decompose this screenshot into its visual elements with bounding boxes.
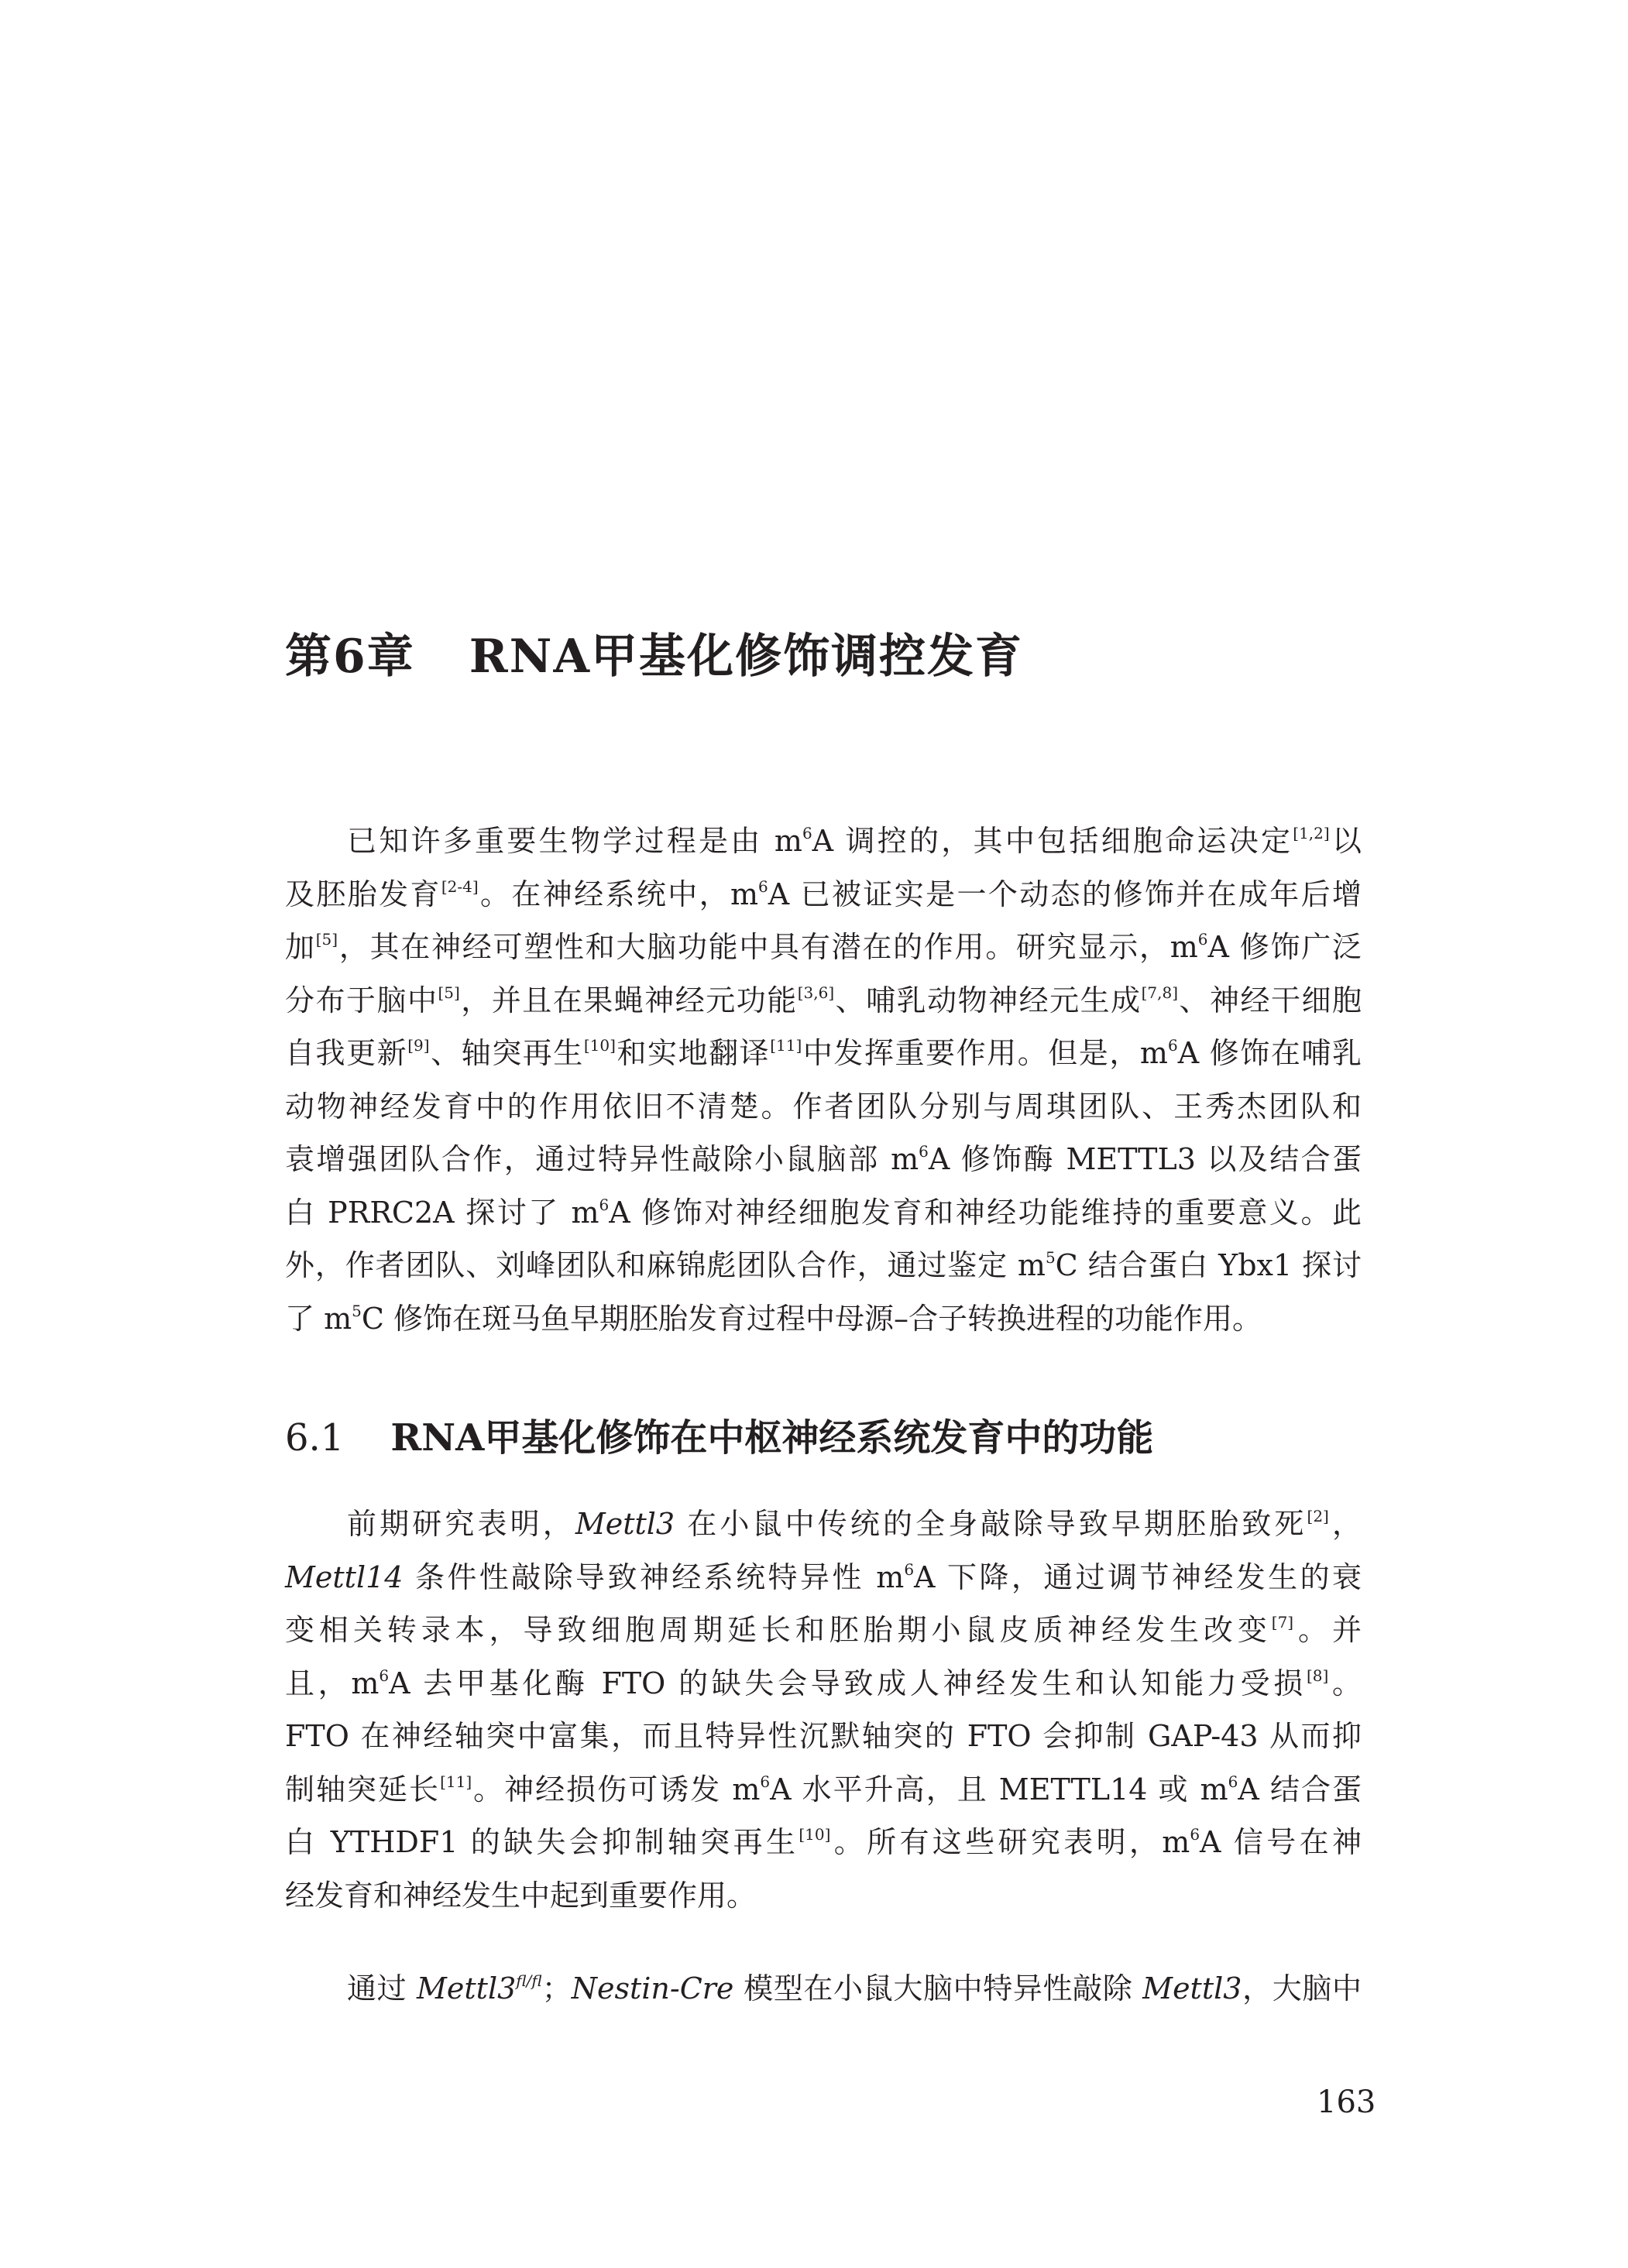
- text-line: 加[5]，其在神经可塑性和大脑功能中具有潜在的作用。研究显示，m6A 修饰广泛: [285, 921, 1362, 974]
- citation: [5]: [438, 983, 459, 1002]
- citation: [2-4]: [441, 877, 479, 896]
- gene-name: Nestin-Cre: [572, 1971, 734, 2006]
- book-page: 第6章RNA甲基化修饰调控发育 已知许多重要生物学过程是由 m6A 调控的，其中…: [0, 0, 1628, 2268]
- citation: [10]: [584, 1036, 616, 1055]
- section-title-text: RNA甲基化修饰在中枢神经系统发育中的功能: [390, 1416, 1153, 1460]
- citation: [2]: [1307, 1507, 1329, 1525]
- text-line: 袁增强团队合作，通过特异性敲除小鼠脑部 m6A 修饰酶 METTL3 以及结合蛋: [285, 1133, 1362, 1186]
- chapter-heading: 第6章RNA甲基化修饰调控发育: [285, 626, 1023, 688]
- section-paragraph: 前期研究表明，Mettl3 在小鼠中传统的全身敲除导致早期胚胎致死[2]， Me…: [285, 1498, 1362, 1922]
- citation: [8]: [1307, 1666, 1328, 1685]
- text-line: 了 m5C 修饰在斑马鱼早期胚胎发育过程中母源–合子转换进程的功能作用。: [285, 1292, 1362, 1346]
- text-line: 已知许多重要生物学过程是由 m6A 调控的，其中包括细胞命运决定[1,2]以: [285, 815, 1362, 868]
- citation: [1,2]: [1293, 824, 1329, 842]
- citation: [5]: [316, 930, 338, 949]
- text-line: 白 YTHDF1 的缺失会抑制轴突再生[10]。所有这些研究表明，m6A 信号在…: [285, 1816, 1362, 1869]
- gene-name: Mettl3: [417, 1971, 516, 2006]
- citation: [9]: [407, 1036, 429, 1055]
- citation: [3,6]: [798, 983, 834, 1002]
- section-heading: 6.1RNA甲基化修饰在中枢神经系统发育中的功能: [285, 1411, 1153, 1465]
- text-line: 变相关转录本，导致细胞周期延长和胚胎期小鼠皮质神经发生改变[7]。并: [285, 1604, 1362, 1657]
- citation: [7,8]: [1142, 983, 1178, 1002]
- text-line: 白 PRRC2A 探讨了 m6A 修饰对神经细胞发育和神经功能维持的重要意义。此: [285, 1186, 1362, 1240]
- gene-name: Mettl14: [285, 1560, 403, 1594]
- section-paragraph: 通过 Mettl3fl/fl；Nestin-Cre 模型在小鼠大脑中特异性敲除 …: [285, 1962, 1362, 2016]
- citation: [11]: [770, 1036, 802, 1055]
- citation: [10]: [799, 1825, 830, 1844]
- text-line: 动物神经发育中的作用依旧不清楚。作者团队分别与周琪团队、王秀杰团队和: [285, 1080, 1362, 1134]
- text-line: 通过 Mettl3fl/fl；Nestin-Cre 模型在小鼠大脑中特异性敲除 …: [285, 1962, 1362, 2016]
- text-line: 经发育和神经发生中起到重要作用。: [285, 1869, 1362, 1923]
- chapter-title-text: RNA甲基化修饰调控发育: [469, 630, 1023, 684]
- intro-paragraph: 已知许多重要生物学过程是由 m6A 调控的，其中包括细胞命运决定[1,2]以 及…: [285, 815, 1362, 1345]
- text-line: 且，m6A 去甲基化酶 FTO 的缺失会导致成人神经发生和认知能力受损[8]。: [285, 1657, 1362, 1710]
- citation: [7]: [1272, 1613, 1293, 1632]
- text-line: 制轴突延长[11]。神经损伤可诱发 m6A 水平升高，且 METTL14 或 m…: [285, 1763, 1362, 1817]
- text-line: 及胚胎发育[2-4]。在神经系统中，m6A 已被证实是一个动态的修饰并在成年后增: [285, 868, 1362, 921]
- text-line: Mettl14 条件性敲除导致神经系统特异性 m6A 下降，通过调节神经发生的衰: [285, 1551, 1362, 1604]
- section-number: 6.1: [285, 1416, 344, 1460]
- text-line: FTO 在神经轴突中富集，而且特异性沉默轴突的 FTO 会抑制 GAP-43 从…: [285, 1710, 1362, 1763]
- text-line: 分布于脑中[5]，并且在果蝇神经元功能[3,6]、哺乳动物神经元生成[7,8]、…: [285, 974, 1362, 1028]
- chapter-number: 第6章: [285, 630, 415, 684]
- page-number: 163: [1317, 2083, 1376, 2122]
- text-line: 外，作者团队、刘峰团队和麻锦彪团队合作，通过鉴定 m5C 结合蛋白 Ybx1 探…: [285, 1239, 1362, 1292]
- text-line: 前期研究表明，Mettl3 在小鼠中传统的全身敲除导致早期胚胎致死[2]，: [285, 1498, 1362, 1551]
- gene-name: Mettl3: [1142, 1971, 1242, 2006]
- gene-name: Mettl3: [575, 1507, 675, 1541]
- citation: [11]: [440, 1772, 472, 1791]
- text-line: 自我更新[9]、轴突再生[10]和实地翻译[11]中发挥重要作用。但是，m6A …: [285, 1027, 1362, 1080]
